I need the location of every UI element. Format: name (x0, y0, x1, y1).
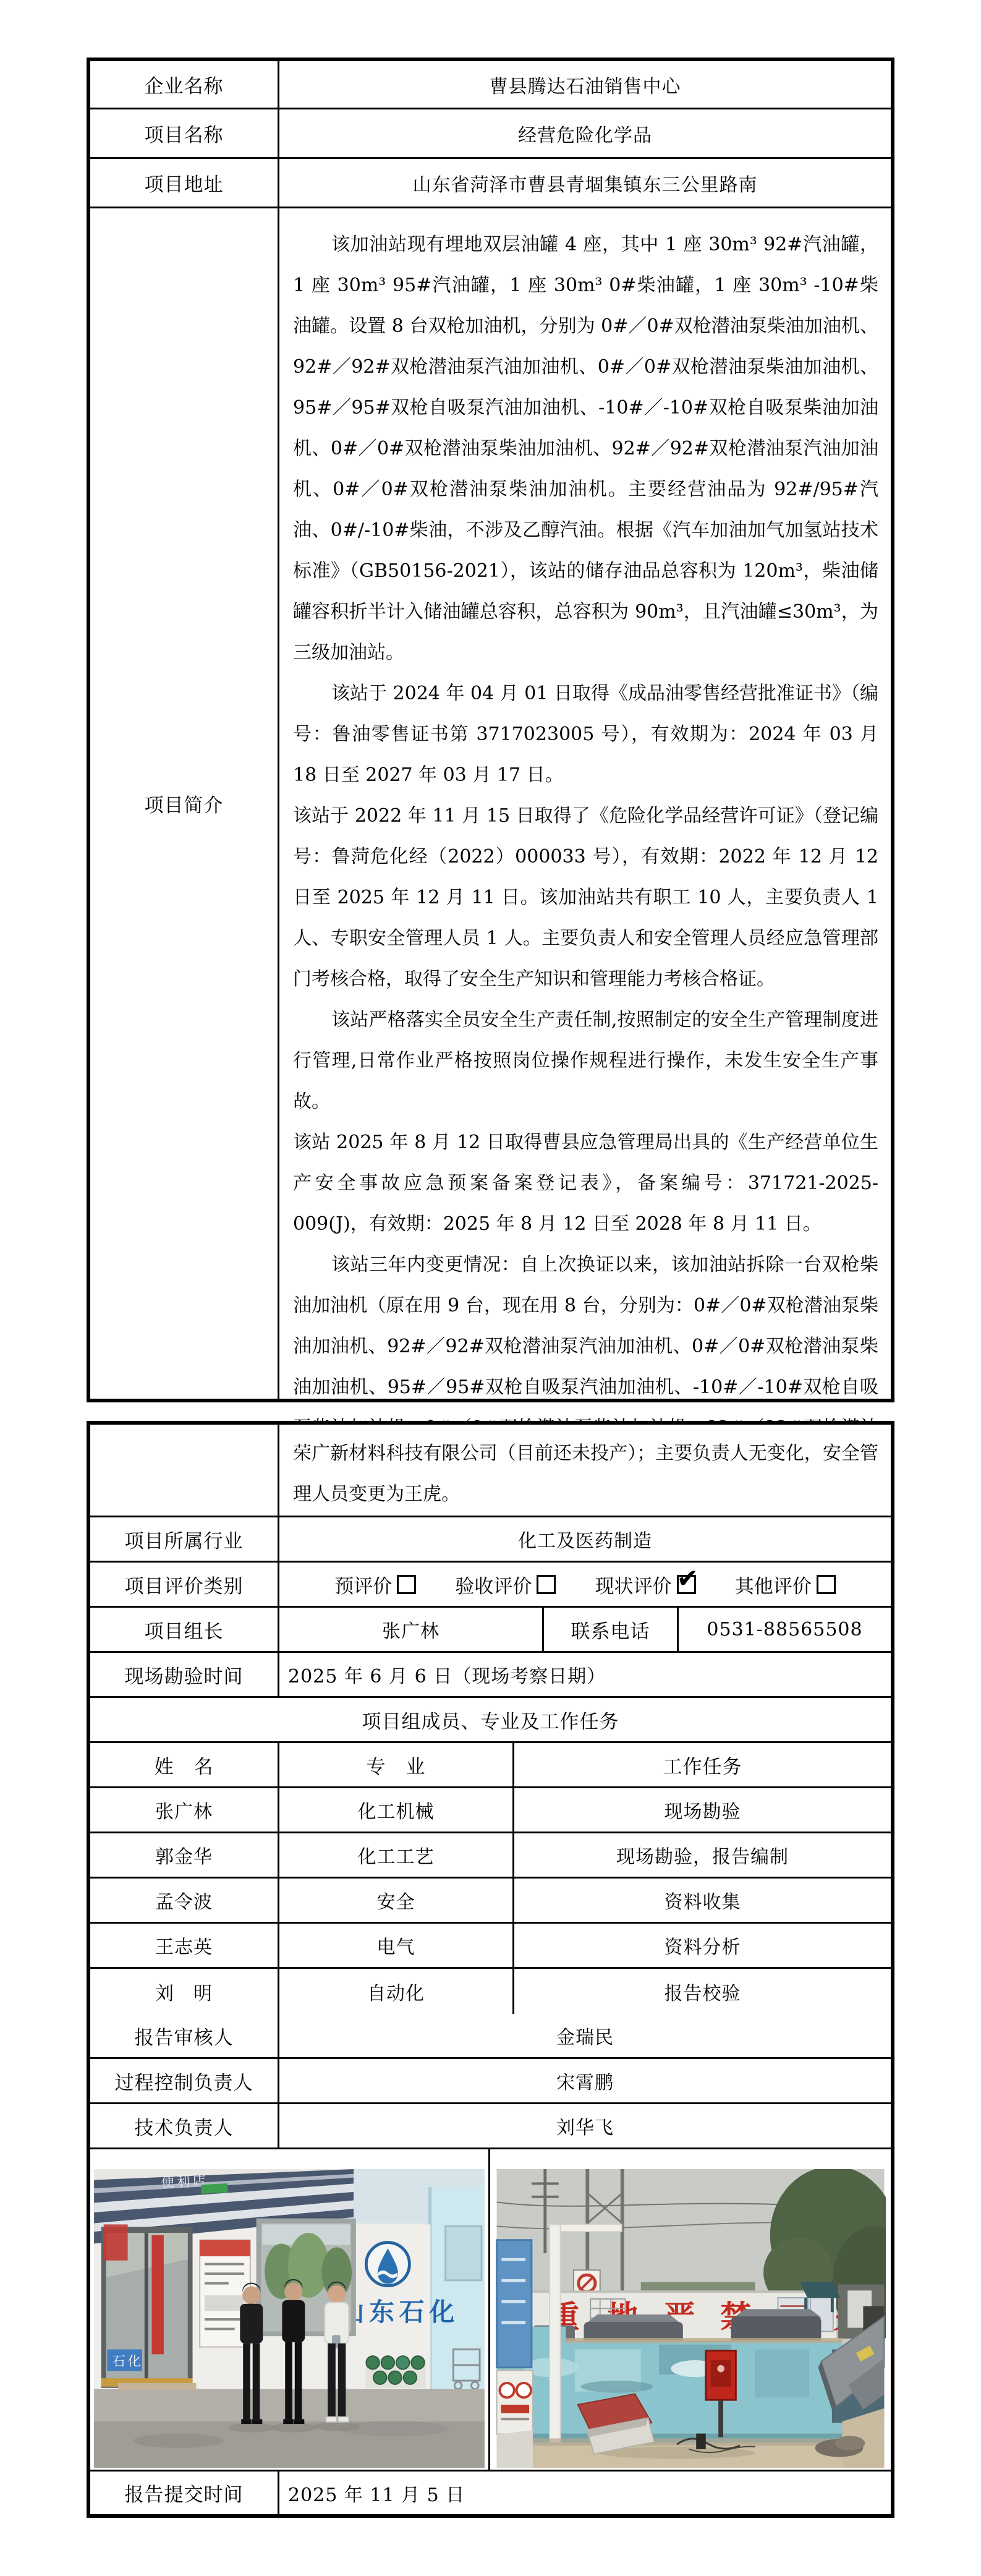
blue-wall (497, 2327, 843, 2447)
industry-row: 项目所属行业 化工及医药制造 (90, 1517, 891, 1563)
reviewer-row: 报告审核人 金瑞民 (90, 2014, 891, 2059)
members-header-row: 项目组成员、专业及工作任务 (90, 1698, 891, 1743)
checkbox-icon (817, 1575, 836, 1594)
members-rows: 张广林化工机械现场勘验郭金华化工工艺现场勘验，报告编制孟令波安全资料收集王志英电… (90, 1788, 891, 2014)
evaluation-option: 验收评价 (455, 1571, 556, 1598)
intro-paragraph: 该站 2025 年 8 月 12 日取得曹县应急管理局出具的《生产经营单位生产安… (293, 1122, 878, 1245)
member-name: 张广林 (90, 1788, 279, 1832)
reviewer-value: 金瑞民 (279, 2014, 891, 2057)
member-row: 刘 明自动化报告校验 (90, 1969, 891, 2014)
project-address-label: 项目地址 (90, 159, 279, 207)
site-photos-row: 便利店 山东石化 (90, 2149, 891, 2472)
empty-label-cell (90, 1425, 279, 1516)
intro-continuation-text: 荣广新材料科技有限公司（目前还未投产）；主要负责人无变化，安全管理人员变更为王虎… (279, 1425, 891, 1516)
tech-lead-label: 技术负责人 (90, 2104, 279, 2147)
reviewer-label: 报告审核人 (90, 2014, 279, 2057)
evaluation-option-label: 其他评价 (735, 1571, 812, 1598)
tech-lead-row: 技术负责人 刘华飞 (90, 2104, 891, 2149)
document-page: 企业名称 曹县腾达石油销售中心 项目名称 经营危险化学品 项目地址 山东省菏泽市… (0, 0, 981, 2576)
left-sign-boards (497, 2240, 533, 2434)
project-address-value: 山东省菏泽市曹县青堌集镇东三公里路南 (279, 159, 891, 207)
door-sign-text: 石化 (112, 2354, 143, 2369)
site-photo-tank-area: 重 地 严 禁 烟 火 (495, 2169, 886, 2468)
submit-date-label: 报告提交时间 (90, 2472, 279, 2514)
enterprise-name-label: 企业名称 (90, 61, 279, 108)
process-controller-value: 宋霄鹏 (279, 2059, 891, 2102)
member-name: 郭金华 (90, 1833, 279, 1877)
member-task: 资料收集 (514, 1879, 891, 1922)
member-major: 安全 (279, 1879, 514, 1922)
enterprise-name-value: 曹县腾达石油销售中心 (279, 61, 891, 108)
site-photo-tank-area-cell: 重 地 严 禁 烟 火 (490, 2149, 891, 2470)
evaluation-category-options: 预评价验收评价现状评价✔其他评价 (279, 1563, 891, 1606)
tech-lead-value: 刘华飞 (279, 2104, 891, 2147)
survey-date-label: 现场勘验时间 (90, 1653, 279, 1696)
evaluation-option: 其他评价 (735, 1571, 836, 1598)
project-leader-label: 项目组长 (90, 1608, 279, 1651)
intro-paragraph: 该站于 2024 年 04 月 01 日取得《成品油零售经营批准证书》（编号：鲁… (293, 673, 878, 796)
evaluation-option: 现状评价✔ (595, 1571, 696, 1598)
survey-date-value: 2025 年 6 月 6 日（现场考察日期） (279, 1653, 891, 1696)
submit-date-row: 报告提交时间 2025 年 11 月 5 日 (90, 2472, 891, 2514)
member-major: 化工机械 (279, 1788, 514, 1832)
member-task: 现场勘验 (514, 1788, 891, 1832)
evaluation-category-label: 项目评价类别 (90, 1563, 279, 1606)
petro-logo-icon (366, 2243, 409, 2286)
evaluation-option-label: 验收评价 (455, 1571, 532, 1598)
process-controller-row: 过程控制负责人 宋霄鹏 (90, 2059, 891, 2104)
members-col-task: 工作任务 (514, 1743, 891, 1786)
member-task: 资料分析 (514, 1924, 891, 1967)
table-row: 企业名称 曹县腾达石油销售中心 (90, 61, 891, 109)
project-leader-name: 张广林 (279, 1608, 544, 1651)
evaluation-option-label: 预评价 (334, 1571, 392, 1598)
members-header: 项目组成员、专业及工作任务 (90, 1698, 891, 1741)
intro-paragraph: 该站严格落实全员安全生产责任制,按照制定的安全生产管理制度进行管理,日常作业严格… (293, 1000, 878, 1122)
process-controller-label: 过程控制负责人 (90, 2059, 279, 2102)
contact-phone-value: 0531-88565508 (679, 1608, 891, 1651)
project-name-value: 经营危险化学品 (279, 109, 891, 157)
member-major: 自动化 (279, 1969, 514, 2014)
intro-paragraph: 该站于 2022 年 11 月 15 日取得了《危险化学品经营许可证》（登记编号… (293, 796, 878, 1000)
survey-date-row: 现场勘验时间 2025 年 6 月 6 日（现场考察日期） (90, 1653, 891, 1698)
contact-phone-label: 联系电话 (544, 1608, 679, 1651)
table-row: 项目名称 经营危险化学品 (90, 109, 891, 159)
members-columns-row: 姓 名 专 业 工作任务 (90, 1743, 891, 1788)
intro-continuation-row: 荣广新材料科技有限公司（目前还未投产）；主要负责人无变化，安全管理人员变更为王虎… (90, 1425, 891, 1517)
project-intro-row: 项目简介 该加油站现有埋地双层油罐 4 座，其中 1 座 30m³ 92#汽油罐… (90, 208, 891, 1399)
project-name-label: 项目名称 (90, 109, 279, 157)
member-major: 化工工艺 (279, 1833, 514, 1877)
leader-row: 项目组长 张广林 联系电话 0531-88565508 (90, 1608, 891, 1653)
members-col-major: 专 业 (279, 1743, 514, 1786)
intro-paragraph: 该加油站现有埋地双层油罐 4 座，其中 1 座 30m³ 92#汽油罐，1 座 … (293, 224, 878, 673)
industry-value: 化工及医药制造 (279, 1517, 891, 1561)
site-photo-storefront-cell: 便利店 山东石化 (90, 2149, 490, 2470)
project-intro-label: 项目简介 (90, 208, 279, 1399)
member-row: 王志英电气资料分析 (90, 1924, 891, 1969)
submit-date-value: 2025 年 11 月 5 日 (279, 2472, 891, 2514)
checkbox-checked-icon: ✔ (677, 1575, 696, 1594)
member-task: 报告校验 (514, 1969, 891, 2014)
evaluation-option: 预评价 (334, 1571, 416, 1598)
site-photo-storefront: 便利店 山东石化 (94, 2169, 485, 2468)
members-col-name: 姓 名 (90, 1743, 279, 1786)
project-detail-table: 荣广新材料科技有限公司（目前还未投产）；主要负责人无变化，安全管理人员变更为王虎… (87, 1421, 894, 2518)
checkbox-icon (537, 1575, 556, 1594)
check-mark-icon: ✔ (677, 1566, 699, 1592)
brand-sign-text: 山东石化 (339, 2297, 459, 2327)
oil-buckets (365, 2356, 425, 2388)
checkbox-icon (397, 1575, 416, 1594)
evaluation-option-label: 现状评价 (595, 1571, 672, 1598)
industry-label: 项目所属行业 (90, 1517, 279, 1561)
member-major: 电气 (279, 1924, 514, 1967)
member-name: 孟令波 (90, 1879, 279, 1922)
project-intro-text: 该加油站现有埋地双层油罐 4 座，其中 1 座 30m³ 92#汽油罐，1 座 … (279, 208, 891, 1399)
store-door: 石化 (101, 2224, 193, 2387)
member-name: 王志英 (90, 1924, 279, 1967)
table-row: 项目地址 山东省菏泽市曹县青堌集镇东三公里路南 (90, 159, 891, 208)
member-row: 郭金华化工工艺现场勘验，报告编制 (90, 1833, 891, 1879)
project-info-table: 企业名称 曹县腾达石油销售中心 项目名称 经营危险化学品 项目地址 山东省菏泽市… (87, 58, 894, 1402)
member-row: 张广林化工机械现场勘验 (90, 1788, 891, 1833)
member-name: 刘 明 (90, 1969, 279, 2014)
member-row: 孟令波安全资料收集 (90, 1879, 891, 1924)
evaluation-category-row: 项目评价类别 预评价验收评价现状评价✔其他评价 (90, 1563, 891, 1608)
member-task: 现场勘验，报告编制 (514, 1833, 891, 1877)
